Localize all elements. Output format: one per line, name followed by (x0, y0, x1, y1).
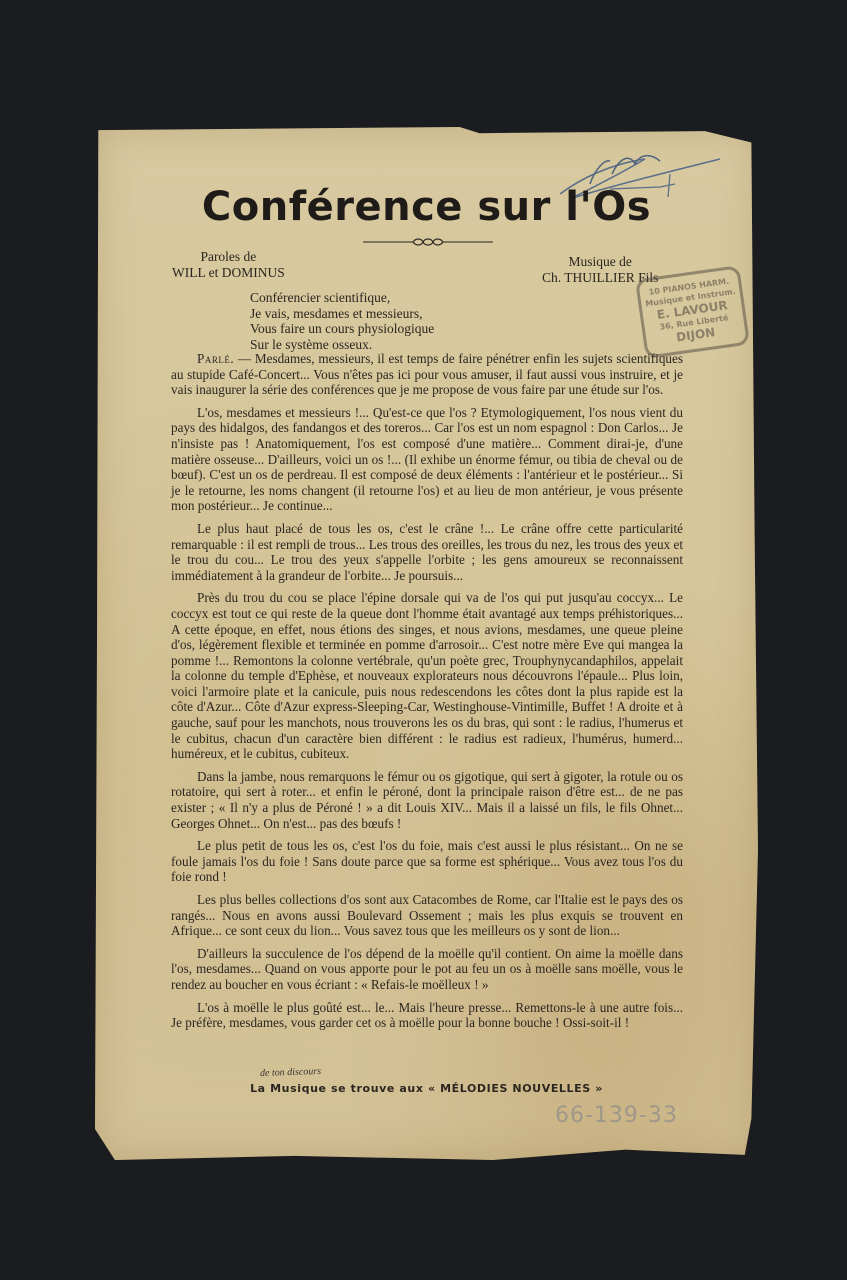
document-title: Conférence sur l'Os (95, 184, 758, 230)
spoken-text: Parlé. — Mesdames, messieurs, il est tem… (171, 351, 683, 1038)
verse-line: Sur le système osseux. (250, 337, 434, 353)
verse-line: Je vais, mesdames et messieurs, (250, 306, 434, 322)
lyrics-credit: Paroles de WILL et DOMINUS (172, 249, 285, 281)
lyrics-label: Paroles de (172, 249, 285, 265)
inventory-number: 66-139-33 (555, 1103, 678, 1128)
spoken-label: Parlé. (197, 351, 234, 366)
merchant-stamp: 10 PIANOS HARM. Musique et Instrum. E. L… (635, 265, 750, 359)
paragraph: Près du trou du cou se place l'épine dor… (171, 590, 683, 762)
verse-line: Conférencier scientifique, (250, 290, 434, 306)
paragraph: Dans la jambe, nous remarquons le fémur … (171, 769, 683, 831)
paragraph: L'os, mesdames et messieurs !... Qu'est-… (171, 405, 683, 514)
title-ornament (363, 237, 493, 247)
paragraph: L'os à moëlle le plus goûté est... le...… (171, 1000, 683, 1031)
paragraph: Les plus belles collections d'os sont au… (171, 892, 683, 939)
paragraph: Le plus petit de tous les os, c'est l'os… (171, 838, 683, 885)
song-verse: Conférencier scientifique, Je vais, mesd… (250, 290, 434, 352)
paragraph: Le plus haut placé de tous les os, c'est… (171, 521, 683, 583)
paragraph: D'ailleurs la succulence de l'os dépend … (171, 946, 683, 993)
handwritten-note: de ton discours (260, 1066, 321, 1079)
lyrics-authors: WILL et DOMINUS (172, 265, 285, 281)
paragraph-text: — Mesdames, messieurs, il est temps de f… (171, 351, 683, 397)
document-page: Conférence sur l'Os Paroles de WILL et D… (95, 127, 758, 1160)
verse-line: Vous faire un cours physiologique (250, 321, 434, 337)
footer-publisher: La Musique se trouve aux « MÉLODIES NOUV… (95, 1082, 758, 1095)
paragraph: Parlé. — Mesdames, messieurs, il est tem… (171, 351, 683, 398)
music-label: Musique de (542, 254, 658, 270)
